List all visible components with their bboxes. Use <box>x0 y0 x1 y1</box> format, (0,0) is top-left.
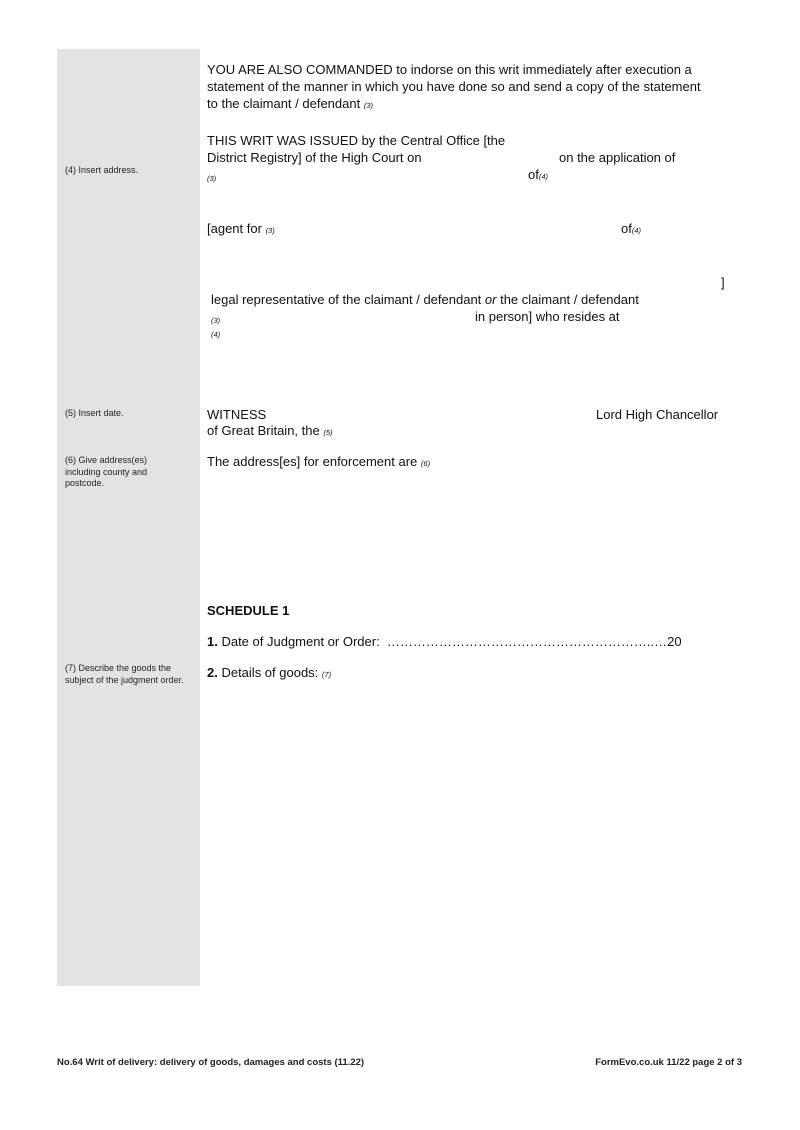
ref-6: (6) <box>421 459 430 468</box>
agent-for-text: [agent for <box>207 221 262 236</box>
addresses-for-enforcement: The address[es] for enforcement are (6) <box>207 453 430 472</box>
commanded-line-3: to the claimant / defendant (3) <box>207 95 373 114</box>
ref-5: (5) <box>323 428 332 437</box>
ref-4-residence: (4) <box>211 324 220 343</box>
ref-3-applicant: (3) <box>207 168 216 187</box>
legal-representative-line: legal representative of the claimant / d… <box>211 291 639 308</box>
ref-3: (3) <box>207 174 216 183</box>
in-person-resides: in person] who resides at <box>475 308 620 325</box>
close-bracket: ] <box>721 274 725 291</box>
item-2-number: 2. <box>207 665 218 680</box>
schedule-item-goods: 2. Details of goods: (7) <box>207 664 331 683</box>
ref-4: (4) <box>539 172 548 181</box>
footer-form-title: No.64 Writ of delivery: delivery of good… <box>57 1057 364 1068</box>
of-agent-address: of(4) <box>621 220 641 239</box>
item-1-label: Date of Judgment or Order: <box>218 634 387 649</box>
note-give-addresses: (6) Give address(es) including county an… <box>65 455 165 490</box>
witness: WITNESS <box>207 406 266 423</box>
commanded-line-2: statement of the manner in which you hav… <box>207 78 701 95</box>
issued-line-1: THIS WRIT WAS ISSUED by the Central Offi… <box>207 132 505 149</box>
item-2-label: Details of goods: <box>218 665 322 680</box>
legal-rep-text-b: the claimant / defendant <box>496 292 638 307</box>
addresses-text: The address[es] for enforcement are <box>207 454 417 469</box>
note-describe-goods: (7) Describe the goods the subject of th… <box>65 663 190 686</box>
schedule-item-date: 1. Date of Judgment or Order: …………………………… <box>207 633 682 650</box>
footer-page-info: FormEvo.co.uk 11/22 page 2 of 3 <box>595 1057 742 1068</box>
legal-rep-or: or <box>485 292 497 307</box>
item-1-number: 1. <box>207 634 218 649</box>
note-insert-date: (5) Insert date. <box>65 408 193 420</box>
ref-3: (3) <box>364 101 373 110</box>
of-great-britain: of Great Britain, the (5) <box>207 422 333 441</box>
date-dotted-field: ……………………………………………………..…20 <box>387 634 682 649</box>
note-insert-address: (4) Insert address. <box>65 165 193 177</box>
margin-notes-column <box>57 49 200 986</box>
on-application-of: on the application of <box>559 149 675 166</box>
commanded-line-3-text: to the claimant / defendant <box>207 96 360 111</box>
issued-line-2: District Registry] of the High Court on <box>207 149 422 166</box>
agent-for: [agent for (3) <box>207 220 275 239</box>
commanded-line-1: YOU ARE ALSO COMMANDED to indorse on thi… <box>207 61 692 78</box>
of-applicant-address: of(4) <box>528 166 548 185</box>
great-britain-text: of Great Britain, the <box>207 423 320 438</box>
ref-7: (7) <box>322 670 331 679</box>
lord-high-chancellor: Lord High Chancellor <box>596 406 718 423</box>
ref-4: (4) <box>211 330 220 339</box>
schedule-title: SCHEDULE 1 <box>207 602 289 619</box>
of-label: of <box>528 167 539 182</box>
legal-rep-text-a: legal representative of the claimant / d… <box>211 292 485 307</box>
of-label: of <box>621 221 632 236</box>
ref-4: (4) <box>632 226 641 235</box>
ref-3: (3) <box>266 226 275 235</box>
